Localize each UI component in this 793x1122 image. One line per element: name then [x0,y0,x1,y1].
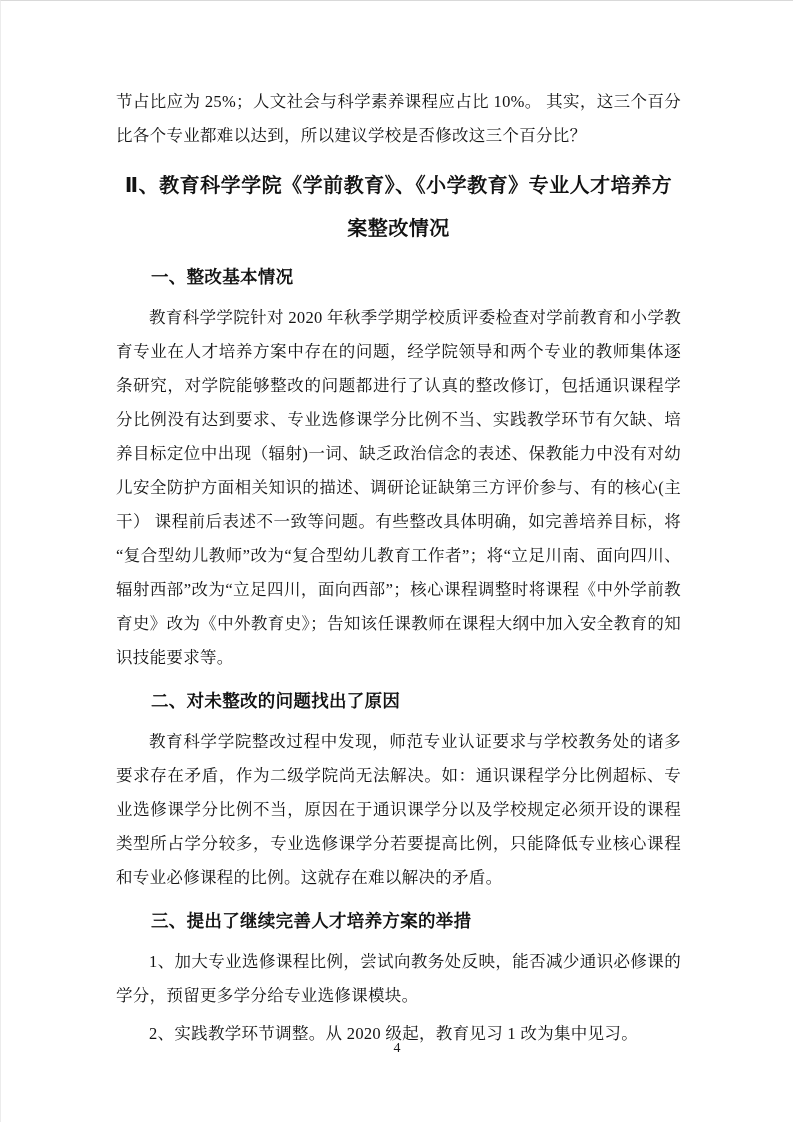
section-paragraph: 教育科学学院针对 2020 年秋季学期学校质评委检查对学前教育和小学教育专业在人… [116,301,681,675]
document-content: 节占比应为 25%；人文社会与科学素养课程应占比 10%。 其实，这三个百分比各… [1,1,793,1051]
measure-item-1: 1、加大专业选修课程比例，尝试向教务处反映，能否减少通识必修课的学分，预留更多学… [116,945,681,1013]
continuation-paragraph: 节占比应为 25%；人文社会与科学素养课程应占比 10%。 其实，这三个百分比各… [116,85,681,153]
document-page: 节占比应为 25%；人文社会与科学素养课程应占比 10%。 其实，这三个百分比各… [0,0,793,1122]
section-paragraph: 教育科学学院整改过程中发现，师范专业认证要求与学校教务处的诸多要求存在矛盾，作为… [116,725,681,895]
section-heading-basic-rectification: 一、整改基本情况 [116,260,681,294]
document-title: Ⅱ、教育科学学院《学前教育》、《小学教育》专业人才培养方案整改情况 [116,165,681,251]
section-heading-improvement-measures: 三、提出了继续完善人才培养方案的举措 [116,904,681,938]
page-number: 4 [1,1041,793,1057]
section-heading-unresolved-reasons: 二、对未整改的问题找出了原因 [116,684,681,718]
